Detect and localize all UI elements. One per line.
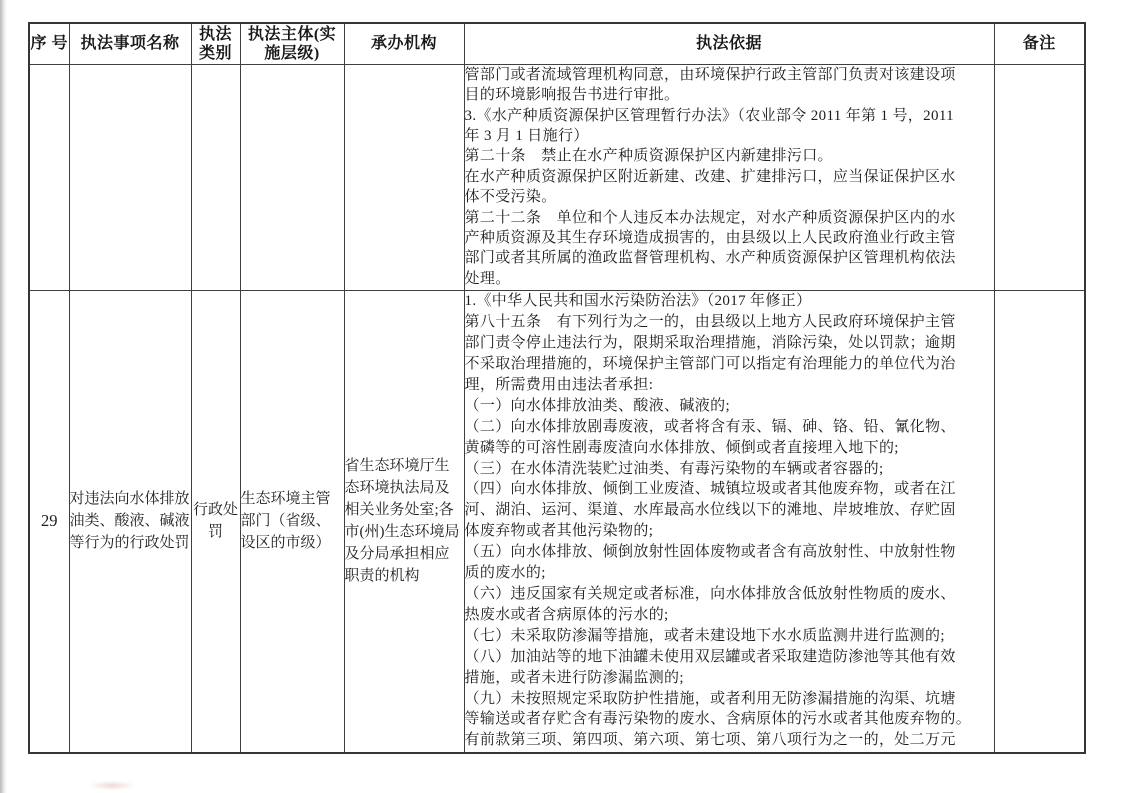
- text-line: （一）向水体排放油类、酸液、碱液的;: [465, 396, 994, 417]
- cell-category: 行政处罚: [191, 290, 240, 753]
- text-line: （二）向水体排放剧毒废液，或者将含有汞、镉、砷、铬、铅、氰化物、: [465, 417, 994, 438]
- cell-subject: 生态环境主管部门（省级、设区的市级）: [240, 290, 344, 753]
- text-line: 理，所需费用由违法者承担:: [465, 375, 994, 396]
- scanned-document-page: { "page": { "background": "#ffffff", "in…: [0, 0, 1122, 793]
- cell-agency: [344, 64, 464, 290]
- text-line: 河、湖泊、运河、渠道、水库最高水位线以下的滩地、岸坡堆放、存贮固: [465, 500, 994, 521]
- text-line: 第二十二条 单位和个人违反本办法规定，对水产种质资源保护区内的水: [465, 208, 994, 228]
- col-header-basis: 执法依据: [464, 23, 994, 64]
- text-line: 产种质资源及其生存环境造成损害的，由县级以上人民政府渔业行政主管: [465, 228, 994, 248]
- cell-agency: 省生态环境厅生态环境执法局及相关业务处室;各市(州)生态环境局及分局承担相应职责…: [344, 290, 464, 753]
- table-header-row: 序 号 执法事项名称 执法 类别 执法主体(实 施层级) 承办机构 执法依据 备…: [29, 23, 1085, 64]
- text-line: 第八十五条 有下列行为之一的，由县级以上地方人民政府环境保护主管: [465, 312, 994, 333]
- text-line: （五）向水体排放、倾倒放射性固体废物或者含有高放射性、中放射性物: [465, 542, 994, 563]
- text-line: （七）未采取防渗漏等措施，或者未建设地下水水质监测井进行监测的;: [465, 626, 994, 647]
- col-header-agency: 承办机构: [344, 23, 464, 64]
- text-line: 管部门或者流域管理机构同意，由环境保护行政主管部门负责对该建设项: [465, 65, 994, 85]
- cell-item-name: 对违法向水体排放油类、酸液、碱液等行为的行政处罚: [69, 290, 191, 753]
- text-line: 部门责令停止违法行为，限期采取治理措施，消除污染，处以罚款；逾期: [465, 333, 994, 354]
- text-line: 第二十条 禁止在水产种质资源保护区内新建排污口。: [465, 146, 994, 166]
- text-line: 年 3 月 1 日施行）: [465, 126, 994, 146]
- table-row-item-29: 29 对违法向水体排放油类、酸液、碱液等行为的行政处罚 行政处罚 生态环境主管部…: [29, 290, 1085, 753]
- text-line: 质的废水的;: [465, 563, 994, 584]
- text-line: 处理。: [465, 269, 994, 289]
- text-line: （三）在水体清洗装贮过油类、有毒污染物的车辆或者容器的;: [465, 459, 994, 480]
- basis-text: 管部门或者流域管理机构同意，由环境保护行政主管部门负责对该建设项目的环境影响报告…: [465, 65, 994, 289]
- text-line: 热废水或者含病原体的污水的;: [465, 605, 994, 626]
- cell-seq: 29: [29, 290, 69, 753]
- text-line: 黄磷等的可溶性剧毒废渣向水体排放、倾倒或者直接埋入地下的;: [465, 438, 994, 459]
- text-line: 不采取治理措施的，环境保护主管部门可以指定有治理能力的单位代为治: [465, 354, 994, 375]
- text-line: 措施，或者未进行防渗漏监测的;: [465, 668, 994, 689]
- cell-basis: 管部门或者流域管理机构同意，由环境保护行政主管部门负责对该建设项目的环境影响报告…: [464, 64, 994, 290]
- col-header-item-name: 执法事项名称: [69, 23, 191, 64]
- cell-category: [191, 64, 240, 290]
- text-line: 在水产种质资源保护区附近新建、改建、扩建排污口，应当保证保护区水: [465, 167, 994, 187]
- text-line: 体废弃物或者其他污染物的;: [465, 521, 994, 542]
- text-line: （九）未按照规定采取防护性措施，或者利用无防渗漏措施的沟渠、坑塘: [465, 689, 994, 710]
- text-line: 等输送或者存贮含有毒污染物的废水、含病原体的污水或者其他废弃物的。: [465, 709, 994, 730]
- basis-text: 1.《中华人民共和国水污染防治法》（2017 年修正）第八十五条 有下列行为之一…: [465, 291, 994, 751]
- col-header-seq: 序 号: [29, 23, 69, 64]
- text-line: 有前款第三项、第四项、第六项、第七项、第八项行为之一的，处二万元: [465, 730, 994, 751]
- col-header-remark: 备注: [994, 23, 1085, 64]
- scan-edge-artifact: [0, 0, 7, 793]
- text-line: （四）向水体排放、倾倒工业废渣、城镇垃圾或者其他废弃物，或者在江: [465, 479, 994, 500]
- cell-subject: [240, 64, 344, 290]
- text-line: 体不受污染。: [465, 187, 994, 207]
- col-header-subject: 执法主体(实 施层级): [240, 23, 344, 64]
- cell-basis: 1.《中华人民共和国水污染防治法》（2017 年修正）第八十五条 有下列行为之一…: [464, 290, 994, 753]
- text-line: 1.《中华人民共和国水污染防治法》（2017 年修正）: [465, 291, 994, 312]
- cell-item-name: [69, 64, 191, 290]
- col-header-category: 执法 类别: [191, 23, 240, 64]
- table-row-continuation: 管部门或者流域管理机构同意，由环境保护行政主管部门负责对该建设项目的环境影响报告…: [29, 64, 1085, 290]
- text-line: （六）违反国家有关规定或者标准，向水体排放含低放射性物质的废水、: [465, 584, 994, 605]
- text-line: （八）加油站等的地下油罐未使用双层罐或者采取建造防渗池等其他有效: [465, 647, 994, 668]
- text-line: 目的环境影响报告书进行审批。: [465, 85, 994, 105]
- text-line: 3.《水产种质资源保护区管理暂行办法》（农业部令 2011 年第 1 号，201…: [465, 106, 994, 126]
- cell-seq: [29, 64, 69, 290]
- enforcement-items-table: 序 号 执法事项名称 执法 类别 执法主体(实 施层级) 承办机构 执法依据 备…: [28, 22, 1086, 754]
- scan-smudge: [88, 781, 136, 790]
- cell-remark: [994, 64, 1085, 290]
- cell-remark: [994, 290, 1085, 753]
- text-line: 部门或者其所属的渔政监督管理机构、水产种质资源保护区管理机构依法: [465, 248, 994, 268]
